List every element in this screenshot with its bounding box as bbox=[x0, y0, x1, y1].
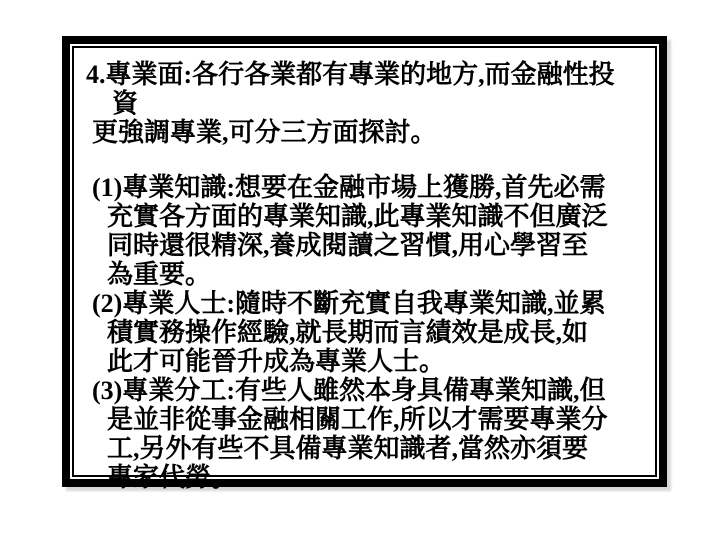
slide-canvas: 4.專業面:各行各業都有專業的地方,而金融性投 資 更強調專業,可分三方面探討。… bbox=[0, 0, 720, 540]
item3-line-2: 是並非從事金融相關工作,所以才需要專業分 bbox=[107, 405, 646, 434]
heading-line-1: 4.專業面:各行各業都有專業的地方,而金融性投 bbox=[86, 60, 646, 89]
item2-line-2: 積實務操作經驗,就長期而言績效是成長,如 bbox=[107, 318, 646, 347]
item2-line-3: 此才可能晉升成為專業人士。 bbox=[107, 347, 646, 376]
item3-line-3: 工,另外有些不具備專業知識者,當然亦須要 bbox=[107, 434, 646, 463]
item2-line-1: (2)專業人士:隨時不斷充實自我專業知識,並累 bbox=[92, 289, 646, 318]
slide-text-block: 4.專業面:各行各業都有專業的地方,而金融性投 資 更強調專業,可分三方面探討。… bbox=[86, 60, 646, 492]
paragraph-spacer bbox=[86, 147, 646, 173]
heading-line-2: 資 bbox=[112, 89, 646, 118]
item3-line-1: (3)專業分工:有些人雖然本身具備專業知識,但 bbox=[92, 376, 646, 405]
item3-line-4: 專家代勞。 bbox=[107, 463, 646, 492]
item1-line-2: 充實各方面的專業知識,此專業知識不但廣泛 bbox=[107, 202, 646, 231]
item1-line-1: (1)專業知識:想要在金融市場上獲勝,首先必需 bbox=[92, 173, 646, 202]
heading-line-3: 更強調專業,可分三方面探討。 bbox=[92, 118, 646, 147]
item1-line-3: 同時還很精深,養成閱讀之習慣,用心學習至 bbox=[107, 231, 646, 260]
item1-line-4: 為重要。 bbox=[107, 260, 646, 289]
